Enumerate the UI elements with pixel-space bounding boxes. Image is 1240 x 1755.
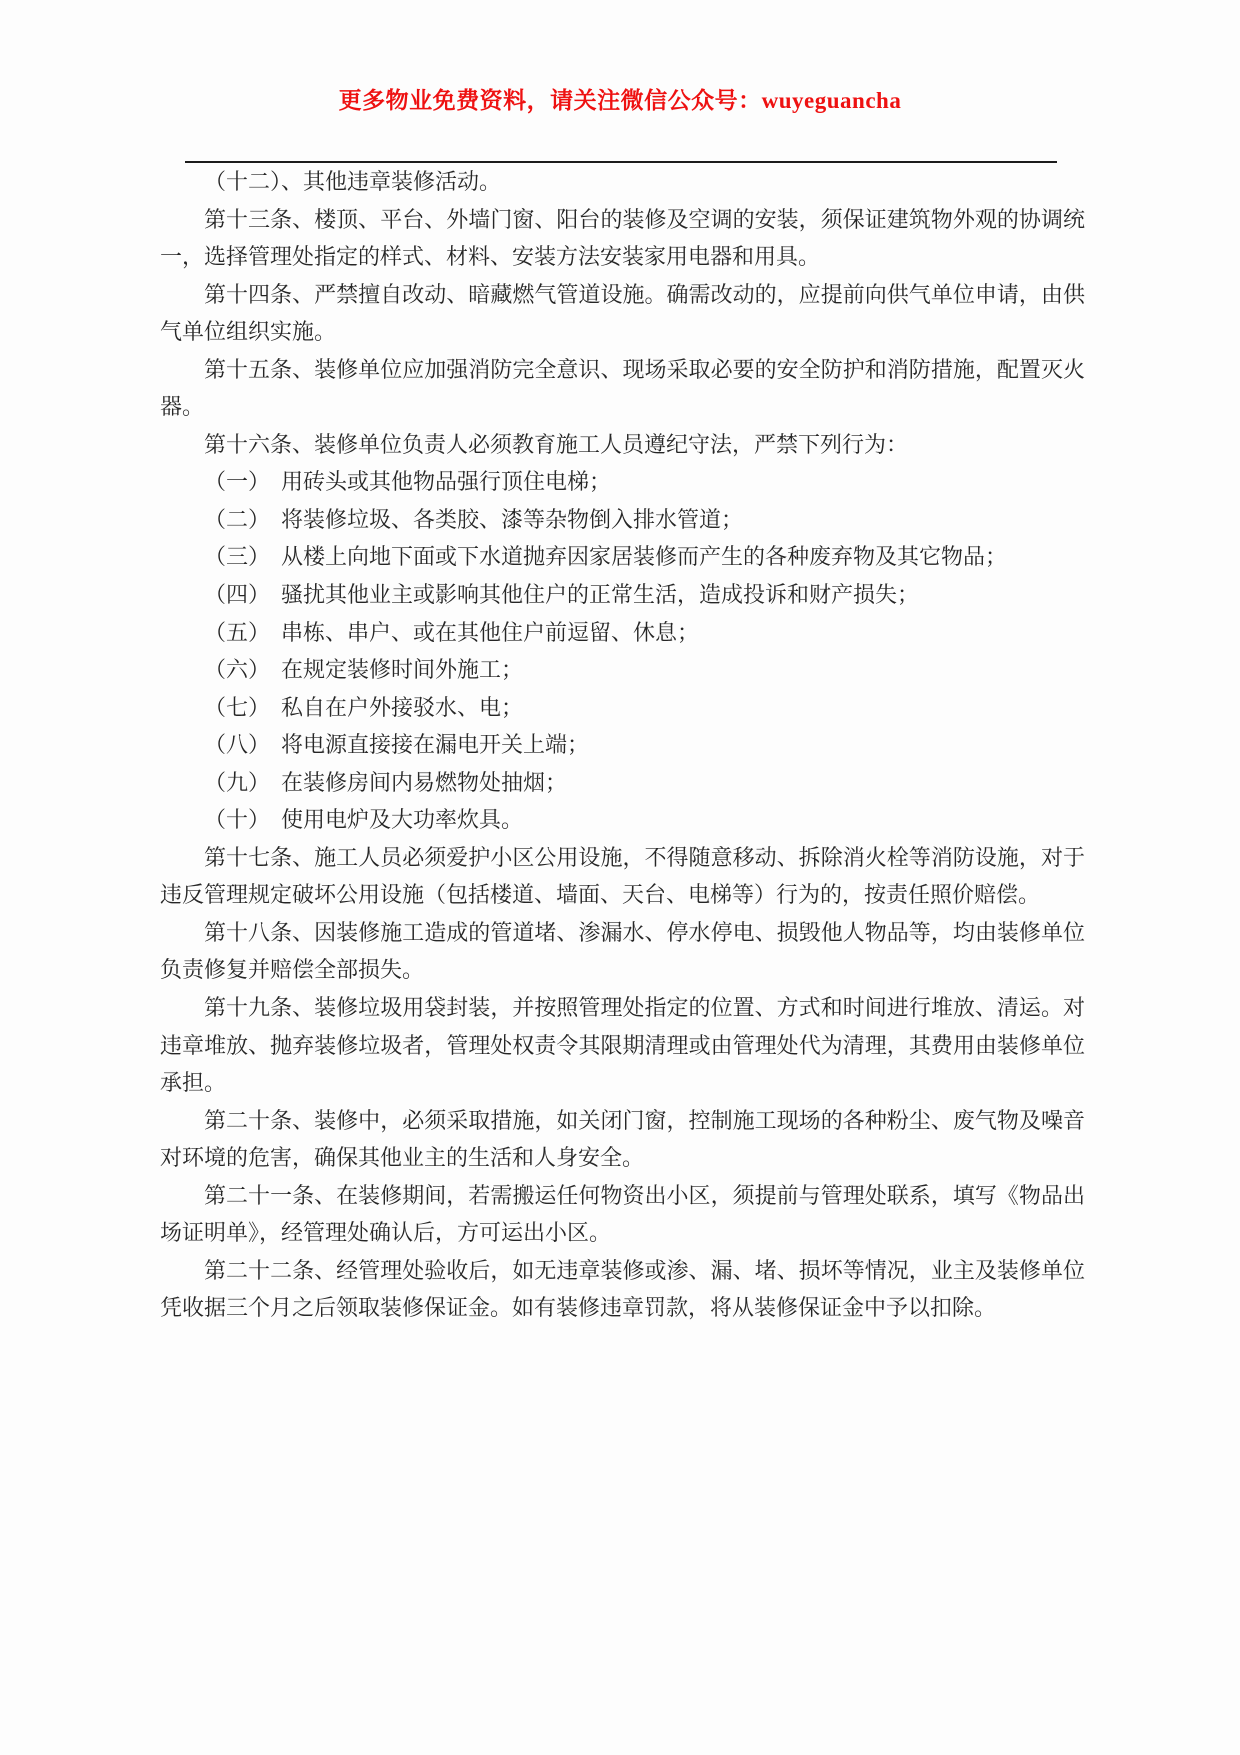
list-item-7: （七） 私自在户外接驳水、电； xyxy=(160,689,1085,727)
list-item-1: （一） 用砖头或其他物品强行顶住电梯； xyxy=(160,463,1085,501)
article-20: 第二十条、装修中，必须采取措施，如关闭门窗，控制施工现场的各种粉尘、废气物及噪音… xyxy=(160,1102,1085,1177)
list-item-2: （二） 将装修垃圾、各类胶、漆等杂物倒入排水管道； xyxy=(160,501,1085,539)
article-22: 第二十二条、经管理处验收后，如无违章装修或渗、漏、堵、损坏等情况，业主及装修单位… xyxy=(160,1252,1085,1327)
article-21: 第二十一条、在装修期间，若需搬运任何物资出小区，须提前与管理处联系，填写《物品出… xyxy=(160,1177,1085,1252)
list-item-3: （三） 从楼上向地下面或下水道抛弃因家居装修而产生的各种废弃物及其它物品； xyxy=(160,538,1085,576)
list-item-6: （六） 在规定装修时间外施工； xyxy=(160,651,1085,689)
list-item-10: （十） 使用电炉及大功率炊具。 xyxy=(160,801,1085,839)
document-body: （十二）、其他违章装修活动。 第十三条、楼顶、平台、外墙门窗、阳台的装修及空调的… xyxy=(160,163,1085,1327)
article-14: 第十四条、严禁擅自改动、暗藏燃气管道设施。确需改动的，应提前向供气单位申请，由供… xyxy=(160,276,1085,351)
article-17: 第十七条、施工人员必须爱护小区公用设施，不得随意移动、拆除消火栓等消防设施，对于… xyxy=(160,839,1085,914)
article-16: 第十六条、装修单位负责人必须教育施工人员遵纪守法，严禁下列行为： xyxy=(160,426,1085,464)
promo-header-text: 更多物业免费资料，请关注微信公众号：wuyeguancha xyxy=(0,82,1240,115)
list-item-5: （五） 串栋、串户、或在其他住户前逗留、休息； xyxy=(160,614,1085,652)
article-13: 第十三条、楼顶、平台、外墙门窗、阳台的装修及空调的安装，须保证建筑物外观的协调统… xyxy=(160,201,1085,276)
list-item-4: （四） 骚扰其他业主或影响其他住户的正常生活，造成投诉和财产损失； xyxy=(160,576,1085,614)
list-item-9: （九） 在装修房间内易燃物处抽烟； xyxy=(160,764,1085,802)
article-18: 第十八条、因装修施工造成的管道堵、渗漏水、停水停电、损毁他人物品等，均由装修单位… xyxy=(160,914,1085,989)
clause-item-12: （十二）、其他违章装修活动。 xyxy=(160,163,1085,201)
article-15: 第十五条、装修单位应加强消防完全意识、现场采取必要的安全防护和消防措施，配置灭火… xyxy=(160,351,1085,426)
article-19: 第十九条、装修垃圾用袋封装，并按照管理处指定的位置、方式和时间进行堆放、清运。对… xyxy=(160,989,1085,1102)
list-item-8: （八） 将电源直接接在漏电开关上端； xyxy=(160,726,1085,764)
document-page: 更多物业免费资料，请关注微信公众号：wuyeguancha （十二）、其他违章装… xyxy=(0,0,1240,1755)
